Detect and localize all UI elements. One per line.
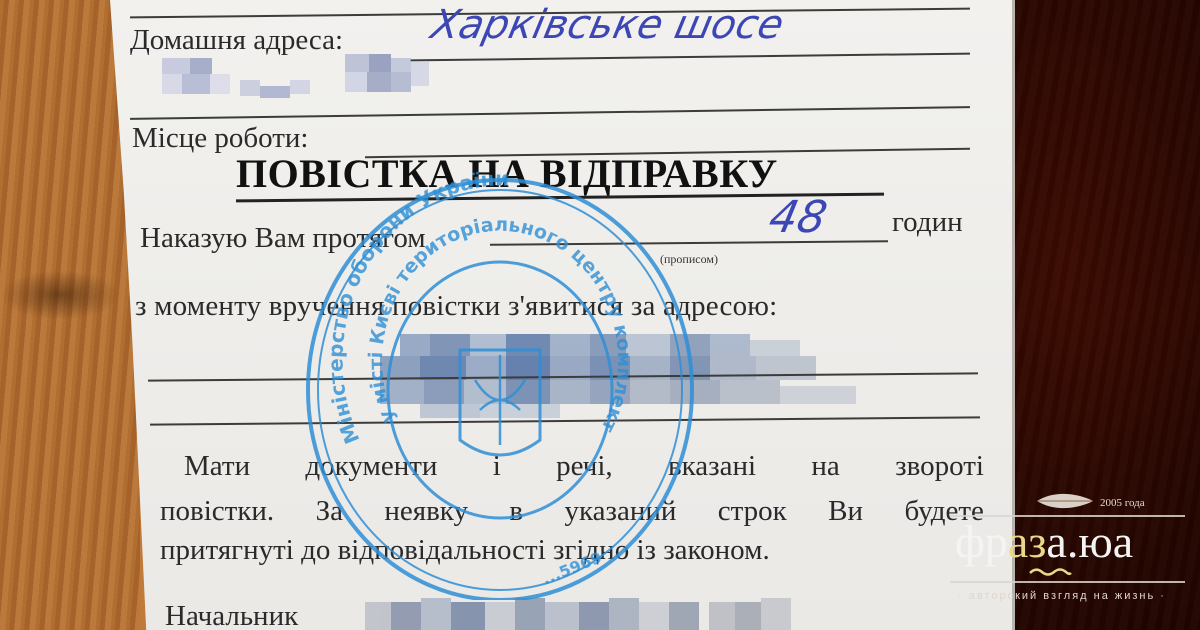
tilde-ornament-icon <box>1028 567 1072 577</box>
word: повістки. <box>160 495 274 528</box>
watermark-year: 2005 года <box>1100 497 1145 509</box>
word: звороті <box>895 450 984 483</box>
site-watermark: 2005 года фраза.юа · авторский взгляд на… <box>940 485 1200 625</box>
brand-prefix: фр <box>955 516 1008 567</box>
brand-suffix: а.юа <box>1046 516 1133 567</box>
hours-value: 48 <box>765 192 832 243</box>
watermark-brand: фраза.юа <box>955 515 1133 568</box>
official-stamp: Міністерство оборони України у місті Киє… <box>300 150 700 600</box>
feather-leaf-icon <box>1035 490 1095 512</box>
pixelated-redaction-icon <box>150 50 510 110</box>
pixelated-redaction-icon <box>365 596 805 630</box>
redacted-chief-name <box>365 596 805 630</box>
watermark-rule-bottom <box>950 581 1185 583</box>
watermark-tagline: · авторский взгляд на жизнь · <box>958 590 1166 602</box>
word: Мати <box>184 450 250 483</box>
word: строк <box>718 495 787 528</box>
chief-label: Начальник <box>165 600 298 630</box>
redacted-address <box>150 50 510 110</box>
stamp-seal-icon: Міністерство оборони України у місті Киє… <box>300 150 700 600</box>
word: Ви <box>828 495 863 528</box>
brand-accent: аз <box>1008 516 1047 567</box>
hours-suffix: годин <box>892 206 963 239</box>
home-address-value: Харківське шосе <box>427 2 788 48</box>
word: на <box>811 450 839 483</box>
